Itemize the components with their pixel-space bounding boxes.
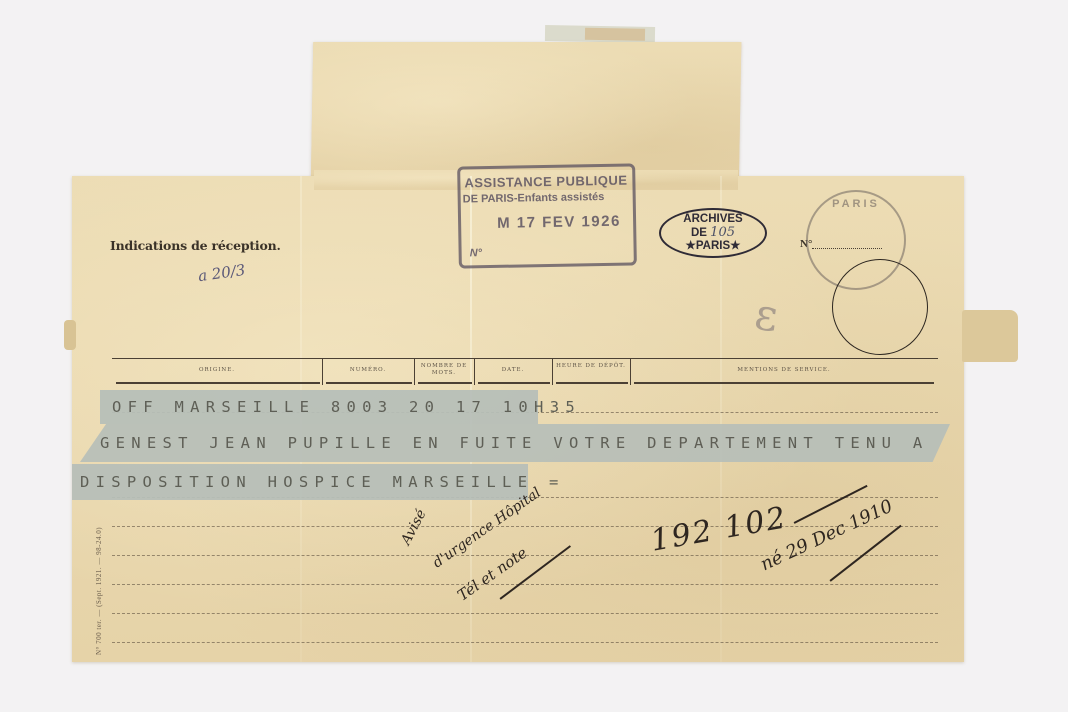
message-strip-1: OFF MARSEILLE 8003 20 17 10H35 xyxy=(100,390,538,424)
printed-stamp-circle xyxy=(832,259,928,355)
ruled-line xyxy=(112,613,938,614)
column-numero: NUMÉRO. xyxy=(322,367,414,374)
stamp-line-2: DE PARIS-Enfants assistés xyxy=(463,191,605,205)
reception-label: Indications de réception. xyxy=(110,238,281,253)
header-rule xyxy=(418,382,472,384)
stamp-line-1: ASSISTANCE PUBLIQUE xyxy=(464,173,627,191)
archives-line-2: DE 105 xyxy=(661,226,765,240)
ruled-line xyxy=(112,642,938,643)
message-strip-2: GENEST JEAN PUPILLE EN FUITE VOTRE DEPAR… xyxy=(80,424,950,462)
column-date: DATE. xyxy=(474,367,552,374)
archives-handwritten-number: 105 xyxy=(710,225,735,240)
ruled-line xyxy=(112,526,938,527)
message-strip-3: DISPOSITION HOSPICE MARSEILLE = xyxy=(72,464,528,500)
stamp-number-label: N° xyxy=(470,247,483,259)
header-rule xyxy=(478,382,550,384)
archives-de-paris-stamp: ARCHIVES DE 105 ★PARIS★ xyxy=(659,208,767,258)
header-rule xyxy=(326,382,412,384)
ruled-line xyxy=(112,584,938,585)
header-rule xyxy=(556,382,628,384)
form-reference-print: N° 700 ter. — (Sept. 1921. — 98-24.0) xyxy=(95,527,103,655)
column-mentions-service: MENTIONS DE SERVICE. xyxy=(630,367,938,374)
assistance-publique-stamp: ASSISTANCE PUBLIQUE DE PARIS-Enfants ass… xyxy=(457,163,637,268)
right-paper-tab xyxy=(962,310,1018,362)
stamp-date: M 17 FEV 1926 xyxy=(497,213,621,232)
header-rule xyxy=(634,382,934,384)
header-rule xyxy=(116,382,320,384)
column-origine: ORIGINE. xyxy=(112,367,322,374)
left-paper-tab xyxy=(64,320,76,350)
archives-line-3: ★PARIS★ xyxy=(661,240,765,253)
column-heure-depot: HEURE DE DÉPÔT. xyxy=(552,363,630,370)
telegram-photo: Indications de réception. N° ASSISTANCE … xyxy=(0,0,1068,712)
column-nombre-mots: NOMBRE DE MOTS. xyxy=(414,363,474,377)
top-tape xyxy=(545,25,655,43)
telegram-header-table: ORIGINE. NUMÉRO. NOMBRE DE MOTS. DATE. H… xyxy=(112,358,938,384)
